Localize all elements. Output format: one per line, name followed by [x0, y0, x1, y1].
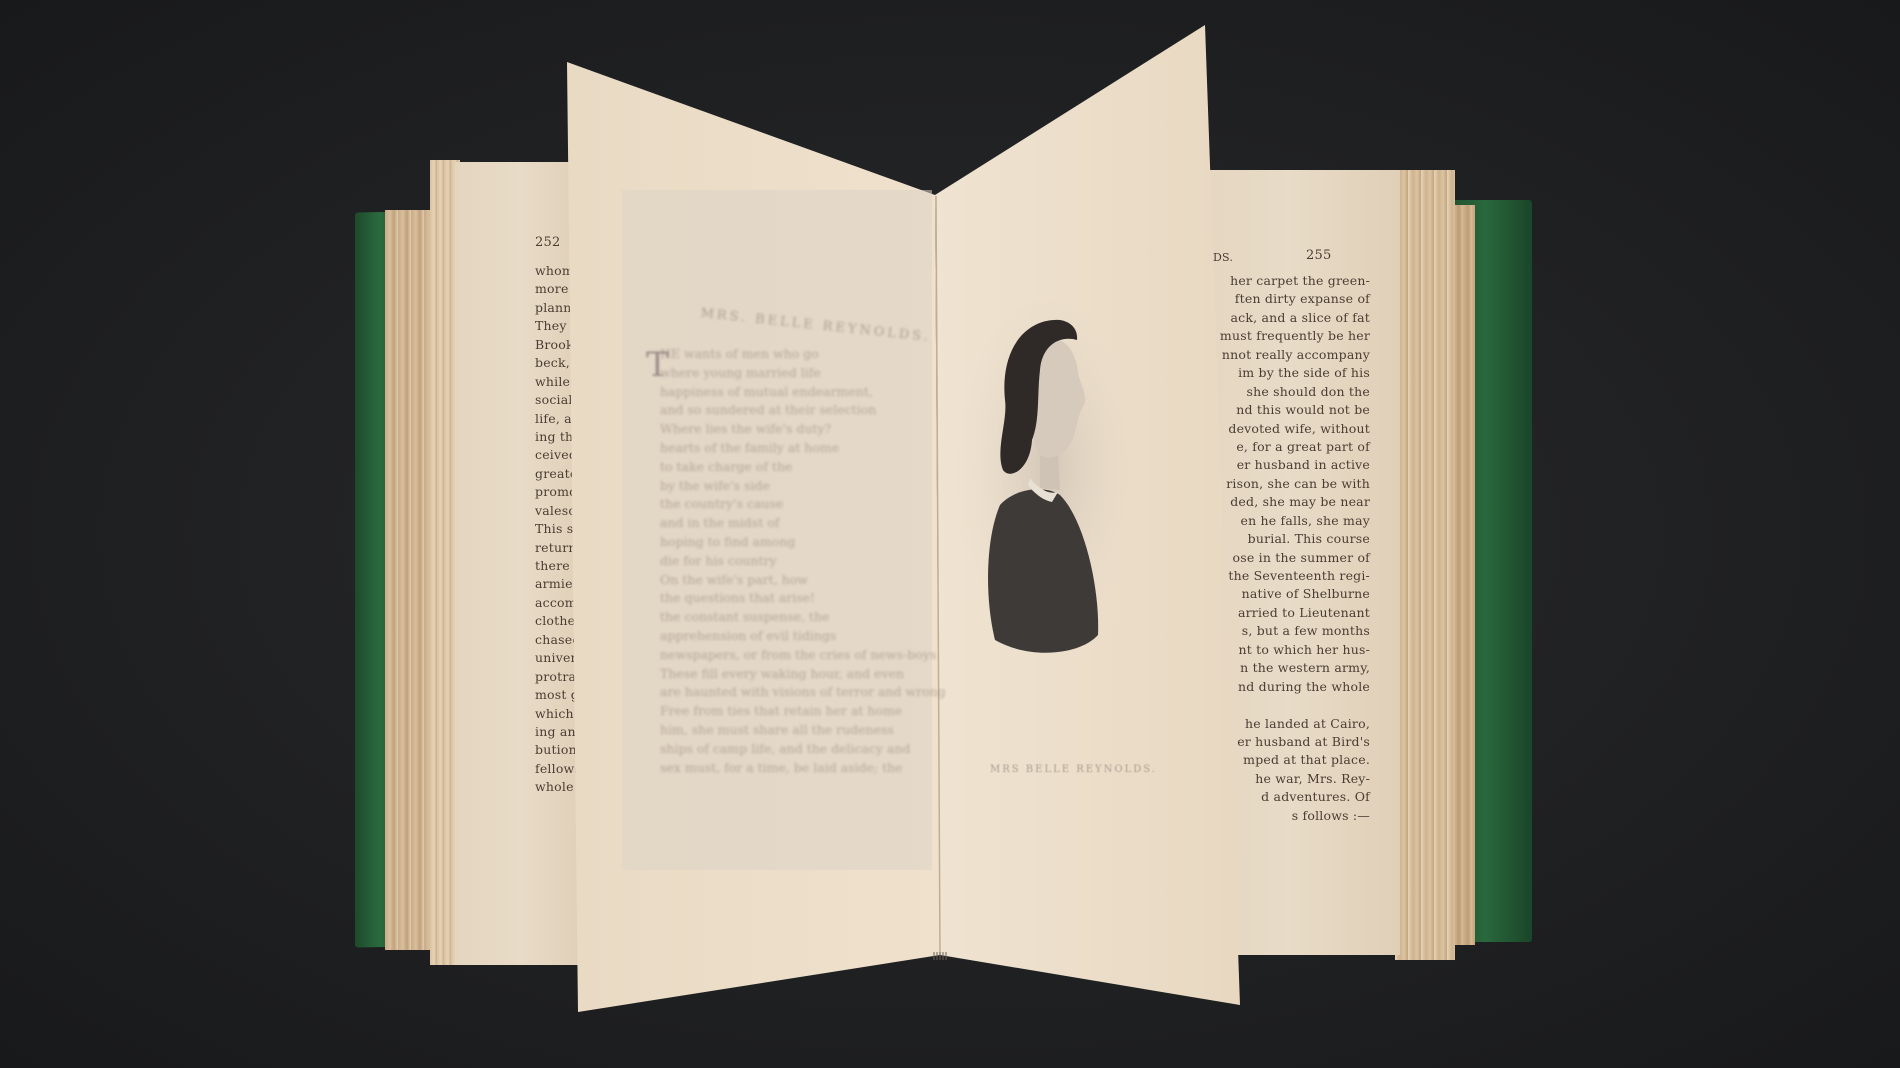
portrait-caption: MRS BELLE REYNOLDS.: [990, 764, 1157, 775]
text-line: the country's cause: [660, 495, 960, 514]
text-line: happiness of mutual endearment,: [660, 383, 960, 402]
text-line: hoping to find among: [660, 533, 960, 552]
text-line: by the wife's side: [660, 477, 960, 496]
text-line: These fill every waking hour, and even: [660, 665, 960, 684]
text-line: On the wife's part, how: [660, 571, 960, 590]
text-line: Where lies the wife's duty?: [660, 420, 960, 439]
text-line: to take charge of the: [660, 458, 960, 477]
text-line: the constant suspense, the: [660, 608, 960, 627]
text-line: newspapers, or from the cries of news-bo…: [660, 646, 960, 665]
text-line: ships of camp life, and the delicacy and: [660, 740, 960, 759]
tissue-text: HE wants of men who gowhere young marrie…: [660, 345, 960, 777]
text-line: Free from ties that retain her at home: [660, 702, 960, 721]
text-line: HE wants of men who go: [660, 345, 960, 364]
text-line: him, she must share all the rudeness: [660, 721, 960, 740]
text-line: and in the midst of: [660, 514, 960, 533]
text-line: and so sundered at their selection: [660, 401, 960, 420]
text-line: die for his country: [660, 552, 960, 571]
text-line: the questions that arise!: [660, 589, 960, 608]
text-line: apprehension of evil tidings: [660, 627, 960, 646]
text-line: where young married life: [660, 364, 960, 383]
text-line: are haunted with visions of terror and w…: [660, 683, 960, 702]
text-line: sex must, for a time, be laid aside; the: [660, 759, 960, 778]
text-line: hearts of the family at home: [660, 439, 960, 458]
